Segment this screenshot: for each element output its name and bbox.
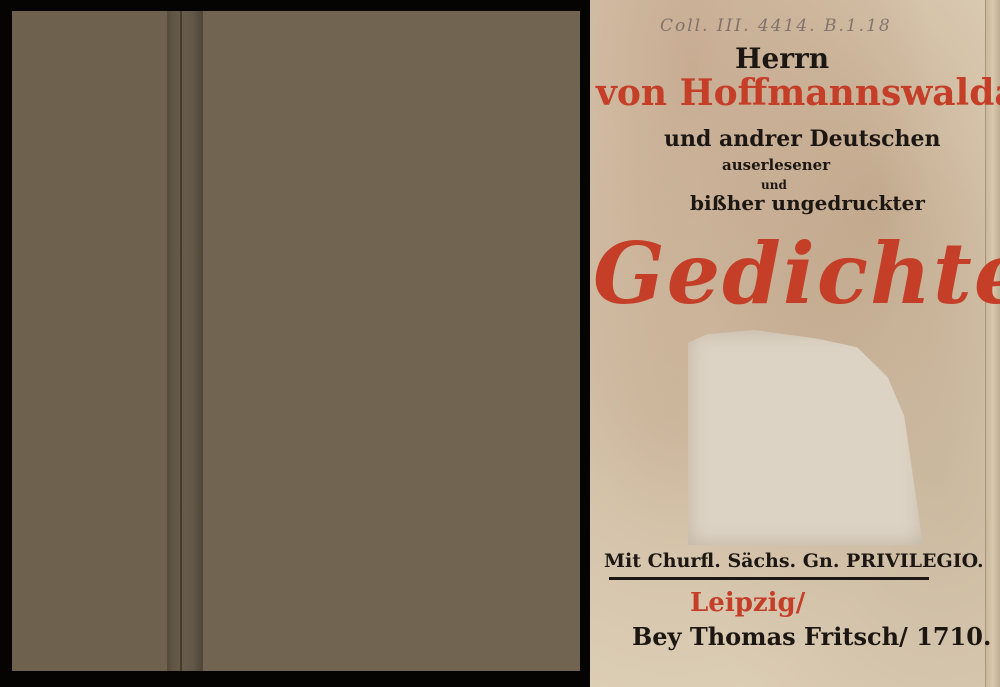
back-board — [12, 11, 167, 671]
title-line-gedichte: Gedichte — [593, 224, 1000, 323]
divider-rule — [609, 577, 929, 580]
title-line-auserlesener: auserlesener — [722, 156, 830, 174]
title-line-und: und — [761, 178, 787, 192]
handwritten-shelfmark: Coll. III. 4414. B.1.18 — [660, 16, 892, 36]
imprint-publisher: Bey Thomas Fritsch/ 1710. — [632, 622, 991, 651]
title-line-bissher: bißher ungedruckter — [690, 191, 925, 215]
privilege-line: Mit Churfl. Sächs. Gn. PRIVILEGIO. — [604, 550, 984, 572]
book-spine — [167, 11, 203, 671]
title-line-author: von Hoffmannswaldau — [596, 72, 1000, 114]
spine-groove — [180, 11, 182, 671]
title-line-und-andrer: und andrer Deutschen — [664, 126, 941, 152]
title-line-herrn: Herrn — [735, 42, 829, 75]
front-board — [203, 11, 580, 671]
imprint-place: Leipzig/ — [690, 588, 805, 618]
book-cover — [12, 11, 580, 671]
